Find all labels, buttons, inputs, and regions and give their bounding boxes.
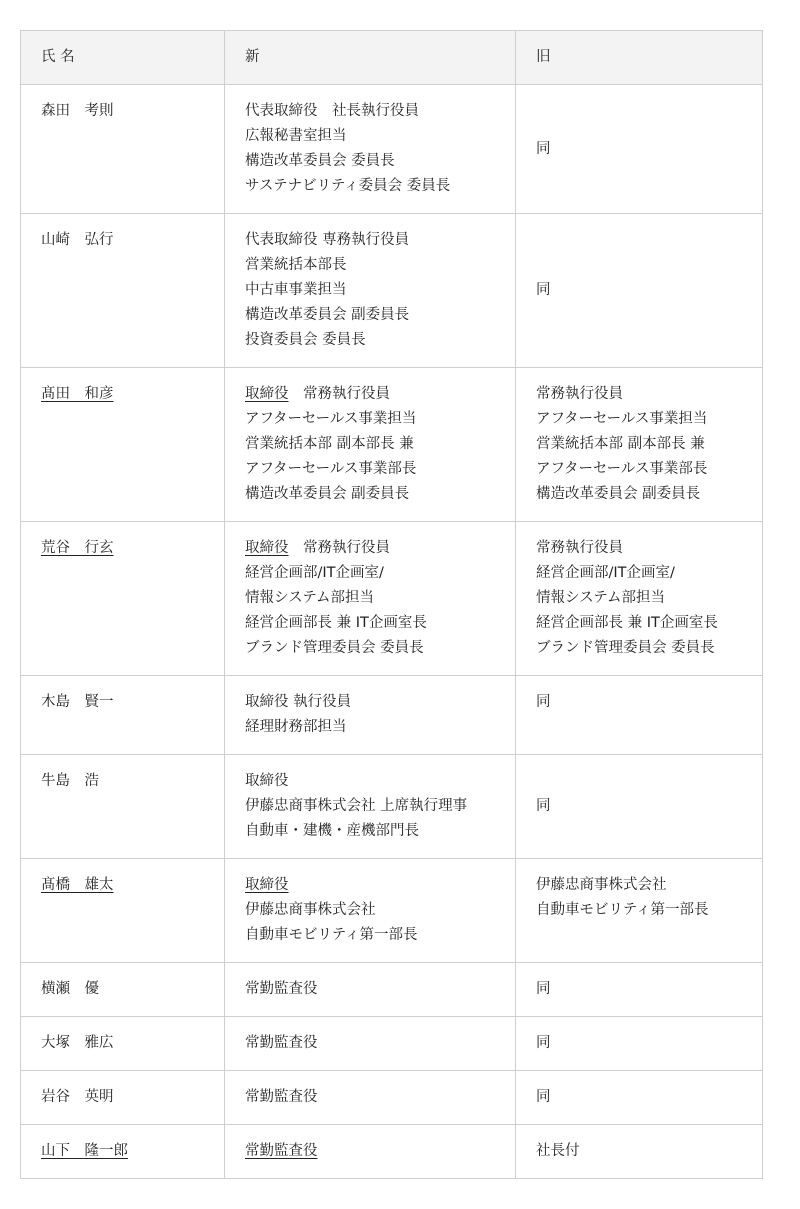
position-text: 常勤監査役	[245, 1089, 318, 1105]
person-name: 髙田 和彦	[41, 386, 114, 402]
position-text: 常勤監査役	[245, 981, 318, 997]
cell-new-position: 取締役伊藤忠商事株式会社自動車モビリティ第一部長	[225, 859, 516, 963]
new-position-line: サステナビリティ委員会 委員長	[245, 174, 495, 199]
position-text: アフターセールス事業部長	[245, 461, 416, 477]
cell-old-position: 同	[516, 85, 763, 214]
cell-old-position: 社長付	[516, 1125, 763, 1179]
cell-new-position: 常勤監査役	[225, 1071, 516, 1125]
cell-name: 森田 考則	[21, 85, 225, 214]
cell-old-position: 同	[516, 755, 763, 859]
cell-new-position: 常勤監査役	[225, 963, 516, 1017]
changed-text: 常勤監査役	[245, 1143, 318, 1159]
cell-old-position: 同	[516, 1017, 763, 1071]
new-position-line: 常勤監査役	[245, 1139, 495, 1164]
new-position-line: 経理財務部担当	[245, 715, 495, 740]
new-position-line: 情報システム部担当	[245, 586, 495, 611]
position-text: 中古車事業担当	[245, 282, 347, 298]
position-text: 経営企画部長 兼 IT企画室長	[245, 615, 427, 631]
position-text: 構造改革委員会 副委員長	[245, 307, 409, 323]
new-position-line: 広報秘書室担当	[245, 124, 495, 149]
cell-name: 大塚 雅広	[21, 1017, 225, 1071]
old-position-line: 社長付	[536, 1139, 742, 1164]
new-position-line: ブランド管理委員会 委員長	[245, 636, 495, 661]
header-new: 新	[225, 31, 516, 85]
cell-name: 山下 隆一郎	[21, 1125, 225, 1179]
cell-new-position: 常勤監査役	[225, 1125, 516, 1179]
position-text: 伊藤忠商事株式会社	[245, 902, 376, 918]
position-text: ブランド管理委員会 委員長	[245, 640, 424, 656]
person-name: 大塚 雅広	[41, 1035, 114, 1051]
old-position-line: 常務執行役員	[536, 536, 742, 561]
position-text: 構造改革委員会 委員長	[245, 153, 395, 169]
cell-name: 岩谷 英明	[21, 1071, 225, 1125]
old-position-line: アフターセールス事業部長	[536, 457, 742, 482]
table-row: 山崎 弘行代表取締役 専務執行役員営業統括本部長中古車事業担当構造改革委員会 副…	[21, 214, 763, 368]
old-position-line: 同	[536, 794, 742, 819]
new-position-line: 構造改革委員会 副委員長	[245, 303, 495, 328]
position-text: 営業統括本部長	[245, 257, 347, 273]
position-text: 構造改革委員会 副委員長	[245, 486, 409, 502]
new-position-line: 投資委員会 委員長	[245, 328, 495, 353]
new-position-line: 代表取締役 社長執行役員	[245, 99, 495, 124]
header-name: 氏 名	[21, 31, 225, 85]
table-body: 森田 考則代表取締役 社長執行役員広報秘書室担当構造改革委員会 委員長サステナビ…	[21, 85, 763, 1179]
cell-new-position: 取締役伊藤忠商事株式会社 上席執行理事自動車・建機・産機部門長	[225, 755, 516, 859]
old-position-line: アフターセールス事業担当	[536, 407, 742, 432]
changed-text: 取締役	[245, 540, 289, 556]
old-position-line: 構造改革委員会 副委員長	[536, 482, 742, 507]
cell-old-position: 同	[516, 214, 763, 368]
table-row: 髙田 和彦取締役 常務執行役員アフターセールス事業担当営業統括本部 副本部長 兼…	[21, 368, 763, 522]
position-text: 広報秘書室担当	[245, 128, 347, 144]
person-name: 森田 考則	[41, 103, 114, 119]
cell-old-position: 同	[516, 1071, 763, 1125]
cell-new-position: 取締役 執行役員経理財務部担当	[225, 676, 516, 755]
position-text: 自動車モビリティ第一部長	[245, 927, 418, 943]
position-text: アフターセールス事業担当	[245, 411, 416, 427]
cell-new-position: 代表取締役 専務執行役員営業統括本部長中古車事業担当構造改革委員会 副委員長投資…	[225, 214, 516, 368]
table-row: 牛島 浩取締役伊藤忠商事株式会社 上席執行理事自動車・建機・産機部門長同	[21, 755, 763, 859]
cell-new-position: 代表取締役 社長執行役員広報秘書室担当構造改革委員会 委員長サステナビリティ委員…	[225, 85, 516, 214]
new-position-line: アフターセールス事業担当	[245, 407, 495, 432]
cell-name: 荒谷 行玄	[21, 522, 225, 676]
cell-name: 山崎 弘行	[21, 214, 225, 368]
new-position-line: 取締役	[245, 873, 495, 898]
position-text: 自動車・建機・産機部門長	[245, 823, 419, 839]
old-position-line: 同	[536, 977, 742, 1002]
table-row: 岩谷 英明常勤監査役同	[21, 1071, 763, 1125]
table-row: 髙橋 雄太取締役伊藤忠商事株式会社自動車モビリティ第一部長伊藤忠商事株式会社自動…	[21, 859, 763, 963]
new-position-line: 取締役 常務執行役員	[245, 382, 495, 407]
cell-old-position: 常務執行役員経営企画部/IT企画室/情報システム部担当経営企画部長 兼 IT企画…	[516, 522, 763, 676]
new-position-line: 構造改革委員会 副委員長	[245, 482, 495, 507]
position-text: 経理財務部担当	[245, 719, 347, 735]
position-text: 常務執行役員	[289, 540, 391, 556]
table-row: 山下 隆一郎常勤監査役社長付	[21, 1125, 763, 1179]
cell-old-position: 伊藤忠商事株式会社自動車モビリティ第一部長	[516, 859, 763, 963]
new-position-line: 常勤監査役	[245, 1031, 495, 1056]
position-text: 取締役 執行役員	[245, 694, 351, 710]
person-name: 荒谷 行玄	[41, 540, 114, 556]
old-position-line: 同	[536, 1031, 742, 1056]
old-position-line: ブランド管理委員会 委員長	[536, 636, 742, 661]
position-text: サステナビリティ委員会 委員長	[245, 178, 450, 194]
changed-text: 取締役	[245, 877, 289, 893]
old-position-line: 伊藤忠商事株式会社	[536, 873, 742, 898]
new-position-line: 自動車モビリティ第一部長	[245, 923, 495, 948]
table-row: 木島 賢一取締役 執行役員経理財務部担当同	[21, 676, 763, 755]
cell-old-position: 同	[516, 963, 763, 1017]
cell-name: 髙田 和彦	[21, 368, 225, 522]
position-text: 伊藤忠商事株式会社 上席執行理事	[245, 798, 467, 814]
position-text: 営業統括本部 副本部長 兼	[245, 436, 414, 452]
position-text: 経営企画部/IT企画室/	[245, 565, 384, 581]
cell-new-position: 取締役 常務執行役員アフターセールス事業担当営業統括本部 副本部長 兼アフターセ…	[225, 368, 516, 522]
table-header-row: 氏 名 新 旧	[21, 31, 763, 85]
new-position-line: 中古車事業担当	[245, 278, 495, 303]
table-row: 横瀬 優常勤監査役同	[21, 963, 763, 1017]
cell-new-position: 常勤監査役	[225, 1017, 516, 1071]
new-position-line: 常勤監査役	[245, 977, 495, 1002]
new-position-line: 構造改革委員会 委員長	[245, 149, 495, 174]
changed-text: 取締役	[245, 386, 289, 402]
new-position-line: 自動車・建機・産機部門長	[245, 819, 495, 844]
person-name: 岩谷 英明	[41, 1089, 114, 1105]
old-position-line: 自動車モビリティ第一部長	[536, 898, 742, 923]
header-old: 旧	[516, 31, 763, 85]
new-position-line: 取締役 常務執行役員	[245, 536, 495, 561]
new-position-line: 代表取締役 専務執行役員	[245, 228, 495, 253]
old-position-line: 常務執行役員	[536, 382, 742, 407]
officer-change-table: 氏 名 新 旧 森田 考則代表取締役 社長執行役員広報秘書室担当構造改革委員会 …	[20, 30, 763, 1179]
new-position-line: 取締役	[245, 769, 495, 794]
position-text: 代表取締役 専務執行役員	[245, 232, 409, 248]
table-row: 森田 考則代表取締役 社長執行役員広報秘書室担当構造改革委員会 委員長サステナビ…	[21, 85, 763, 214]
position-text: 常勤監査役	[245, 1035, 318, 1051]
person-name: 牛島 浩	[41, 773, 99, 789]
cell-name: 髙橋 雄太	[21, 859, 225, 963]
old-position-line: 同	[536, 137, 742, 162]
new-position-line: 取締役 執行役員	[245, 690, 495, 715]
position-text: 常務執行役員	[289, 386, 391, 402]
new-position-line: 経営企画部長 兼 IT企画室長	[245, 611, 495, 636]
position-text: 投資委員会 委員長	[245, 332, 366, 348]
old-position-line: 経営企画部長 兼 IT企画室長	[536, 611, 742, 636]
new-position-line: 営業統括本部 副本部長 兼	[245, 432, 495, 457]
old-position-line: 営業統括本部 副本部長 兼	[536, 432, 742, 457]
table-row: 荒谷 行玄取締役 常務執行役員経営企画部/IT企画室/情報システム部担当経営企画…	[21, 522, 763, 676]
cell-name: 牛島 浩	[21, 755, 225, 859]
person-name: 山崎 弘行	[41, 232, 114, 248]
old-position-line: 同	[536, 1085, 742, 1110]
old-position-line: 同	[536, 690, 742, 715]
cell-old-position: 同	[516, 676, 763, 755]
new-position-line: アフターセールス事業部長	[245, 457, 495, 482]
new-position-line: 伊藤忠商事株式会社	[245, 898, 495, 923]
new-position-line: 伊藤忠商事株式会社 上席執行理事	[245, 794, 495, 819]
new-position-line: 経営企画部/IT企画室/	[245, 561, 495, 586]
cell-name: 横瀬 優	[21, 963, 225, 1017]
position-text: 取締役	[245, 773, 289, 789]
table-row: 大塚 雅広常勤監査役同	[21, 1017, 763, 1071]
old-position-line: 同	[536, 278, 742, 303]
new-position-line: 営業統括本部長	[245, 253, 495, 278]
position-text: 代表取締役 社長執行役員	[245, 103, 419, 119]
person-name: 山下 隆一郎	[41, 1143, 128, 1159]
person-name: 髙橋 雄太	[41, 877, 114, 893]
cell-new-position: 取締役 常務執行役員経営企画部/IT企画室/情報システム部担当経営企画部長 兼 …	[225, 522, 516, 676]
old-position-line: 情報システム部担当	[536, 586, 742, 611]
person-name: 横瀬 優	[41, 981, 99, 997]
person-name: 木島 賢一	[41, 694, 114, 710]
old-position-line: 経営企画部/IT企画室/	[536, 561, 742, 586]
new-position-line: 常勤監査役	[245, 1085, 495, 1110]
cell-name: 木島 賢一	[21, 676, 225, 755]
cell-old-position: 常務執行役員アフターセールス事業担当営業統括本部 副本部長 兼アフターセールス事…	[516, 368, 763, 522]
position-text: 情報システム部担当	[245, 590, 374, 606]
